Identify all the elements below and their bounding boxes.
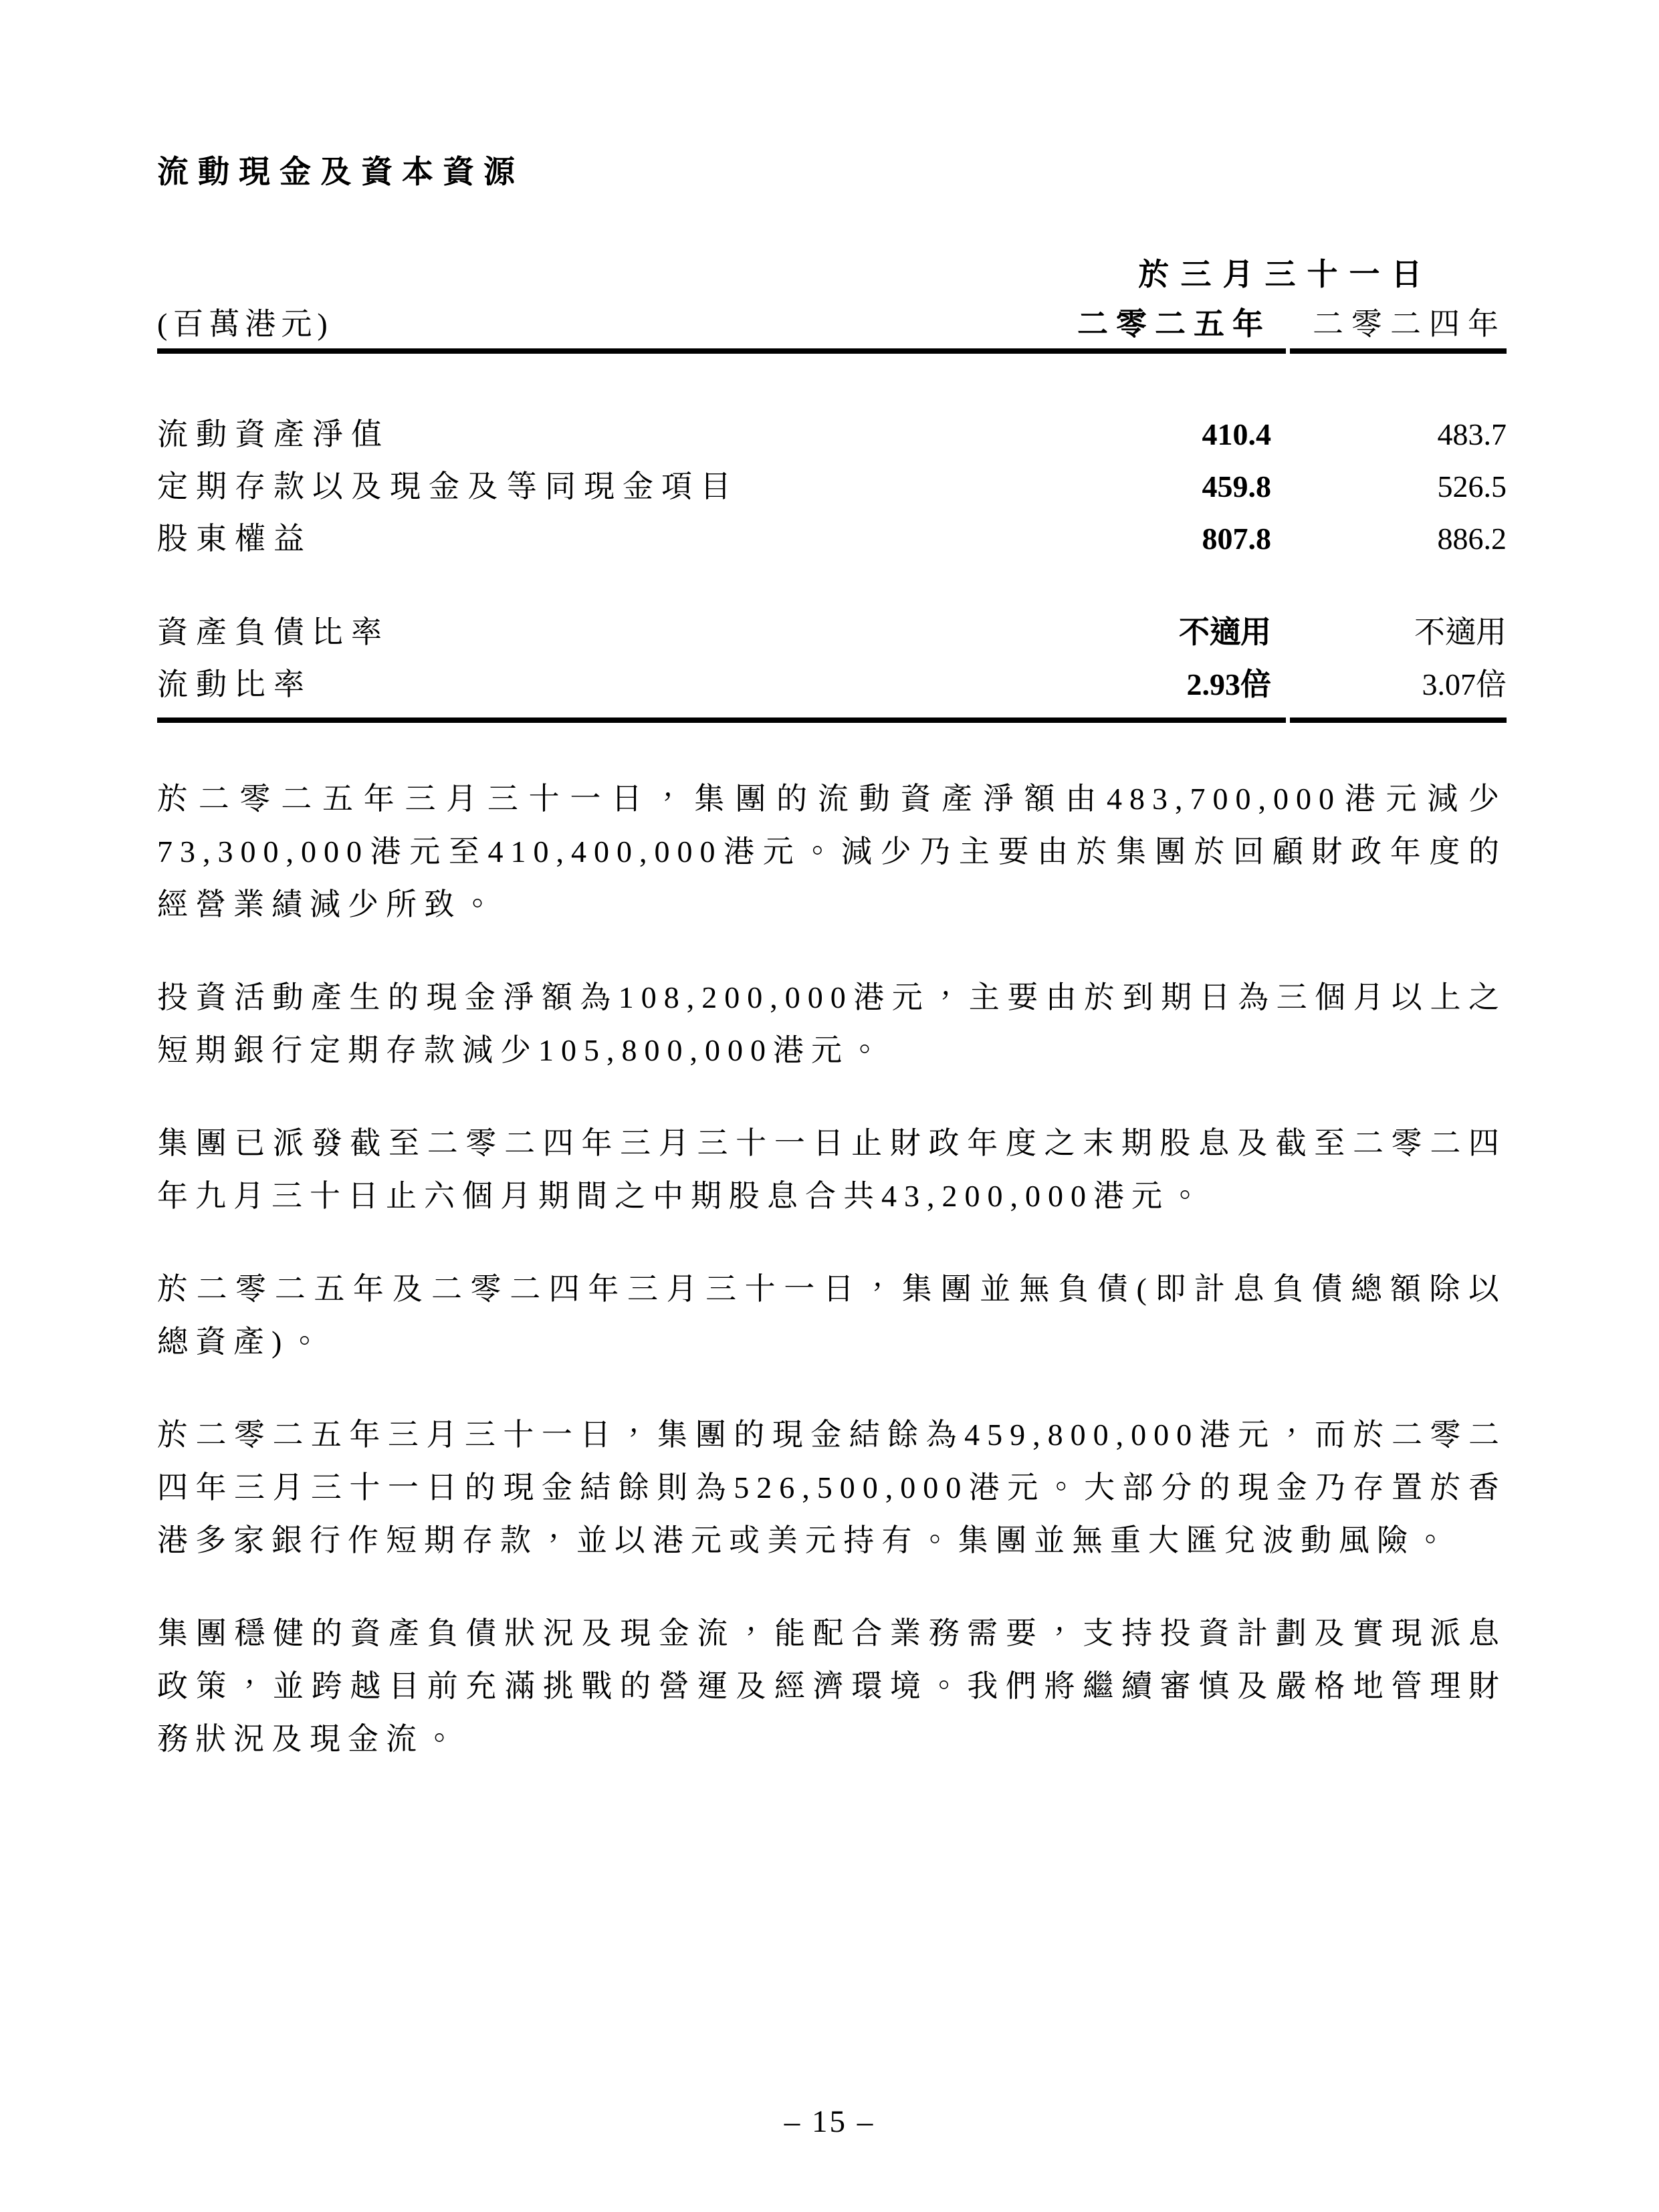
liquidity-table: 於三月三十一日 (百萬港元) 二零二五年 二零二四年 流動資產淨值 410.4 …: [157, 258, 1507, 723]
paragraph-gearing: 於二零二五年及二零二四年三月三十一日，集團並無負債(即計息負債總額除以總資產)。: [157, 1262, 1507, 1368]
table-row: 定期存款以及現金及等同現金項目 459.8 526.5: [157, 461, 1507, 513]
table-col-header-2024: 二零二四年: [1290, 308, 1507, 340]
table-rule-segment: [1290, 717, 1507, 723]
table-date-header-row: 於三月三十一日: [157, 258, 1507, 290]
table-top-rule: [157, 348, 1507, 354]
table-unit-label: (百萬港元): [157, 308, 1065, 340]
row-value-2025: 410.4: [1065, 409, 1286, 461]
row-value-2024: 526.5: [1290, 461, 1507, 513]
body-text: 於二零二五年三月三十一日，集團的流動資產淨額由483,700,000港元減少73…: [157, 772, 1507, 1765]
row-value-2025: 459.8: [1065, 461, 1286, 513]
row-value-2024: 483.7: [1290, 409, 1507, 461]
table-date-header: 於三月三十一日: [1065, 258, 1507, 290]
page-number: – 15 –: [0, 2104, 1659, 2140]
table-row: 流動比率 2.93倍 3.07倍: [157, 659, 1507, 711]
row-value-2025: 不適用: [1065, 606, 1286, 659]
row-label: 資產負債比率: [157, 606, 1065, 659]
table-row: 股東權益 807.8 886.2: [157, 513, 1507, 565]
table-year-header-row: (百萬港元) 二零二五年 二零二四年: [157, 308, 1507, 340]
paragraph-cash-balances: 於二零二五年三月三十一日，集團的現金結餘為459,800,000港元，而於二零二…: [157, 1408, 1507, 1567]
row-value-2025: 807.8: [1065, 513, 1286, 565]
row-value-2025: 2.93倍: [1065, 659, 1286, 711]
table-row: 資產負債比率 不適用 不適用: [157, 606, 1507, 659]
table-rule-segment: [157, 348, 1286, 354]
page-title: 流動現金及資本資源: [157, 155, 1507, 189]
paragraph-dividends-paid: 集團已派發截至二零二四年三月三十一日止財政年度之末期股息及截至二零二四年九月三十…: [157, 1117, 1507, 1222]
paragraph-investing-cash-flow: 投資活動產生的現金淨額為108,200,000港元，主要由於到期日為三個月以上之…: [157, 971, 1507, 1077]
row-label: 流動資產淨值: [157, 409, 1065, 461]
table-rule-segment: [1290, 348, 1507, 354]
paragraph-net-current-assets: 於二零二五年三月三十一日，集團的流動資產淨額由483,700,000港元減少73…: [157, 772, 1507, 931]
table-row: 流動資產淨值 410.4 483.7: [157, 409, 1507, 461]
row-value-2024: 3.07倍: [1290, 659, 1507, 711]
row-label: 股東權益: [157, 513, 1065, 565]
report-page: 流動現金及資本資源 於三月三十一日 (百萬港元) 二零二五年 二零二四年 流動資…: [0, 0, 1659, 2212]
row-label: 定期存款以及現金及等同現金項目: [157, 461, 1065, 513]
paragraph-financial-position: 集團穩健的資產負債狀況及現金流，能配合業務需要，支持投資計劃及實現派息政策，並跨…: [157, 1607, 1507, 1765]
row-value-2024: 886.2: [1290, 513, 1507, 565]
table-rule-segment: [157, 717, 1286, 723]
table-bottom-rule: [157, 717, 1507, 723]
row-value-2024: 不適用: [1290, 606, 1507, 659]
row-label: 流動比率: [157, 659, 1065, 711]
table-col-header-2025: 二零二五年: [1065, 308, 1286, 340]
